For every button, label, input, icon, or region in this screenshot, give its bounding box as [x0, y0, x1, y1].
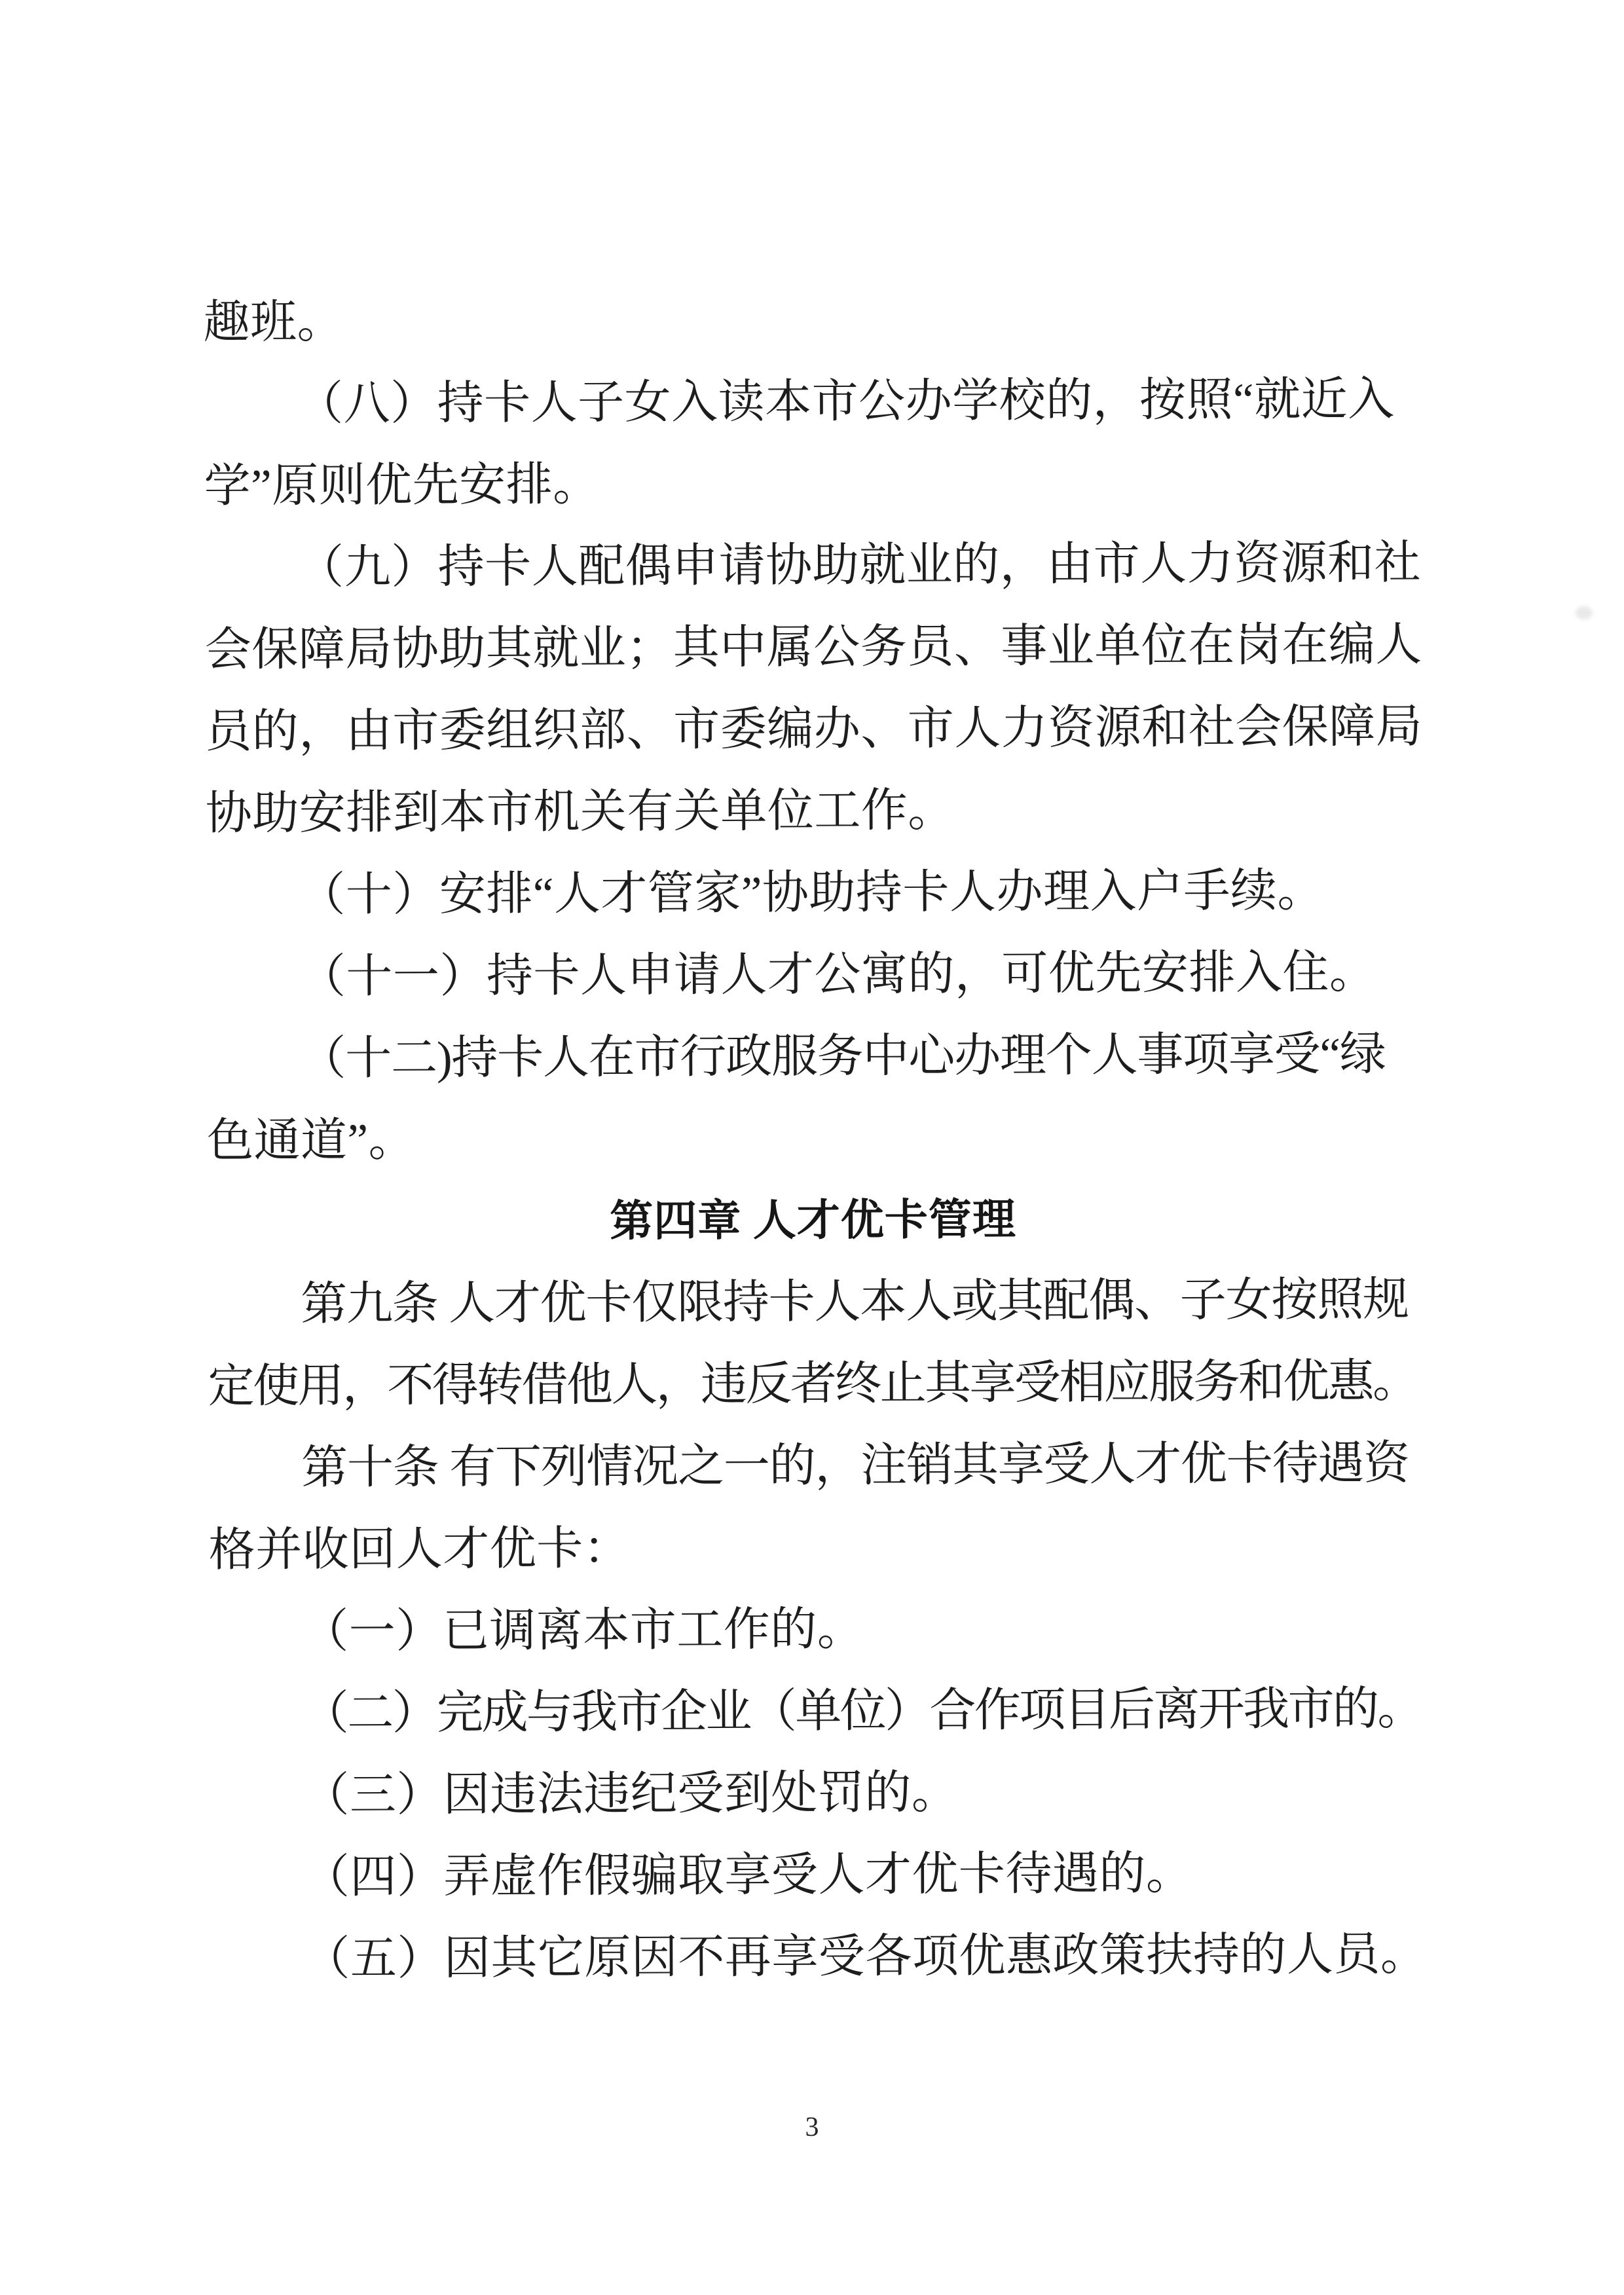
doc-line: 员的，由市委组织部、市委编办、市人力资源和社会保障局 — [205, 686, 1417, 773]
doc-line: 学”原则优先安排。 — [204, 441, 1416, 528]
doc-line: 第九条 人才优卡仅限持卡人本人或其配偶、子女按照规 — [208, 1259, 1420, 1346]
doc-line: 色通道”。 — [207, 1095, 1419, 1183]
doc-line: 会保障局协助其就业；其中属公务员、事业单位在岗在编人 — [204, 604, 1416, 691]
doc-line: （一）已调离本市工作的。 — [209, 1587, 1421, 1674]
doc-line: （八）持卡人子女入读本市公办学校的，按照“就近入 — [204, 359, 1416, 446]
doc-line: 格并收回人才优卡： — [208, 1505, 1420, 1592]
doc-line: （十）安排“人才管家”协助持卡人办理入户手续。 — [206, 850, 1418, 937]
page-number: 3 — [0, 2112, 1624, 2142]
doc-line: 第十条 有下列情况之一的，注销其享受人才优卡待遇资 — [208, 1423, 1420, 1510]
doc-line: （九）持卡人配偶申请协助就业的，由市人力资源和社 — [204, 523, 1416, 610]
document-body: 趣班。 （八）持卡人子女入读本市公办学校的，按照“就近入 学”原则优先安排。 （… — [203, 277, 1422, 2001]
doc-line: （五）因其它原因不再享受各项优惠政策扶持的人员。 — [210, 1914, 1422, 2001]
doc-line: （二）完成与我市企业（单位）合作项目后离开我市的。 — [210, 1668, 1422, 1755]
scan-smudge — [1576, 606, 1593, 619]
doc-line: 趣班。 — [203, 277, 1415, 364]
doc-line: （十二)持卡人在市行政服务中心办理个人事项享受“绿 — [206, 1014, 1418, 1101]
chapter-heading: 第四章 人才优卡管理 — [207, 1177, 1419, 1264]
doc-line: （四）弄虚作假骗取享受人才优卡待遇的。 — [210, 1832, 1422, 1919]
doc-line: 定使用，不得转借他人，违反者终止其享受相应服务和优惠。 — [208, 1341, 1420, 1428]
document-page: 趣班。 （八）持卡人子女入读本市公办学校的，按照“就近入 学”原则优先安排。 （… — [0, 0, 1624, 2295]
doc-line: （十一）持卡人申请人才公寓的，可优先安排入住。 — [206, 932, 1418, 1019]
doc-line: （三）因违法违纪受到处罚的。 — [210, 1750, 1422, 1837]
doc-line: 协助安排到本市机关有关单位工作。 — [206, 768, 1418, 855]
